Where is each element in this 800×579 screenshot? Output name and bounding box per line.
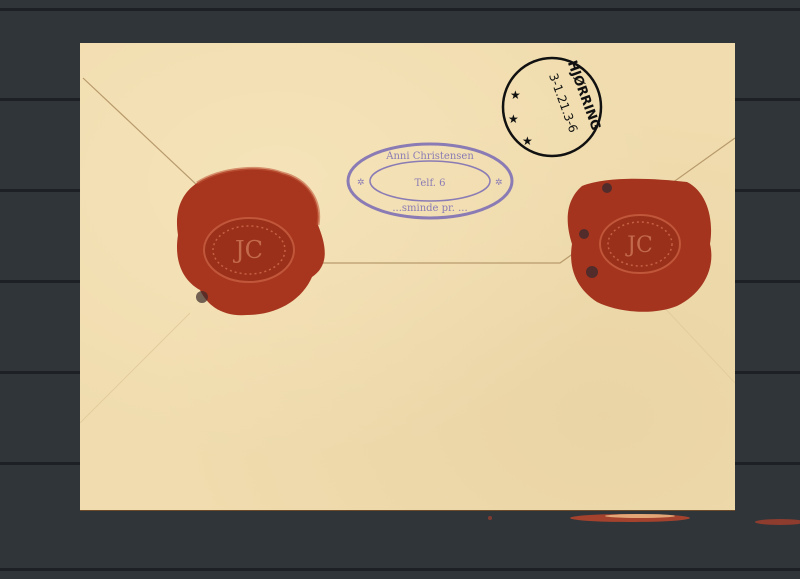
wax-seal-right: JC	[562, 174, 717, 314]
star-icon: ✲	[495, 178, 503, 188]
seal-monogram: JC	[625, 233, 653, 258]
star-icon: ★	[522, 134, 533, 148]
handstamp-place: ...sminde pr. ...	[392, 203, 467, 214]
star-icon: ✲	[357, 178, 365, 188]
stockbook-strip	[0, 8, 800, 11]
light-glare	[460, 508, 800, 528]
handstamp-phone: Telf. 6	[414, 178, 445, 189]
stockbook-strip	[0, 568, 800, 571]
seal-monogram: JC	[232, 236, 263, 264]
star-icon: ★	[510, 88, 521, 102]
star-icon: ★	[508, 112, 519, 126]
postmark: HJØRRING 3-1.21.3-6 ★ ★ ★	[500, 55, 604, 159]
handstamp-name: Anni Christensen	[385, 151, 474, 162]
wax-seal-left: JC	[172, 165, 330, 320]
sender-handstamp: Anni Christensen Telf. 6 ...sminde pr. .…	[345, 141, 515, 221]
